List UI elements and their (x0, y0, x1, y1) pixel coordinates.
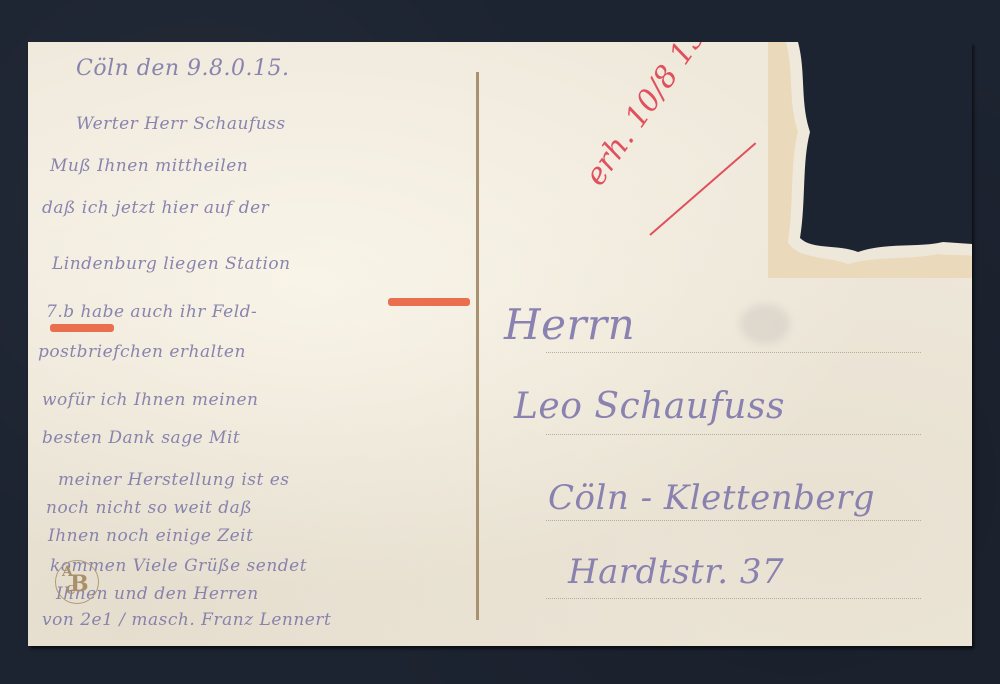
message-line: 7.b habe auch ihr Feld- (46, 302, 257, 322)
address-line-1: Herrn (504, 300, 635, 349)
message-line: postbriefchen erhalten (38, 342, 246, 362)
address-rule (546, 352, 921, 353)
signature-line: von 2e1 / masch. Franz Lennert (42, 610, 331, 630)
message-line: besten Dank sage Mit (42, 428, 240, 448)
message-line: wofür ich Ihnen meinen (42, 390, 258, 410)
publisher-logo: A B C (55, 560, 99, 604)
center-divider (476, 72, 479, 620)
address-line-3: Cöln - Klettenberg (548, 478, 875, 518)
address-line-2: Leo Schaufuss (514, 386, 785, 427)
address-rule (546, 434, 921, 435)
message-line: noch nicht so weit daß (46, 498, 252, 518)
salutation: Werter Herr Schaufuss (76, 114, 286, 134)
stamp-smudge (740, 304, 790, 344)
red-crayon-mark (388, 298, 470, 306)
message-line: Lindenburg liegen Station (52, 254, 291, 274)
address-rule (546, 598, 921, 599)
message-line: Ihnen noch einige Zeit (48, 526, 253, 546)
red-crayon-mark (50, 324, 114, 332)
dateline: Cöln den 9.8.0.15. (76, 56, 290, 81)
message-line: meiner Herstellung ist es (58, 470, 290, 490)
postcard: Cöln den 9.8.0.15. Werter Herr Schaufuss… (28, 42, 972, 646)
message-line: daß ich jetzt hier auf der (42, 198, 269, 218)
message-line: Muß Ihnen mittheilen (50, 156, 248, 176)
address-rule (546, 520, 921, 521)
address-line-4: Hardtstr. 37 (568, 552, 784, 592)
